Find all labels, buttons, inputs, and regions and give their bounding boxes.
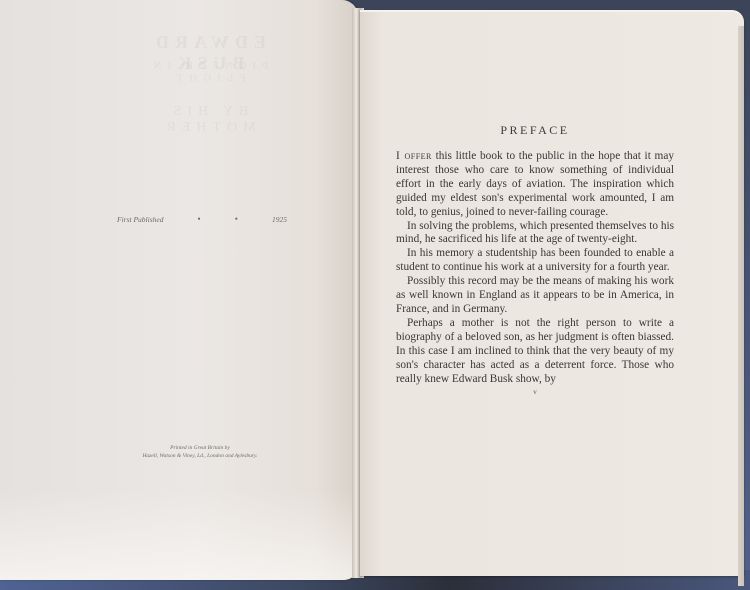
printer-colophon: Printed in Great Britain by Hazell, Wats…	[90, 444, 310, 460]
first-published-line: First Published • • 1925	[117, 214, 287, 224]
first-published-year: 1925	[272, 215, 287, 224]
printer-line: Hazell, Watson & Viney, Ld., London and …	[90, 452, 310, 460]
preface-paragraph: In his memory a studentship has been fou…	[396, 247, 674, 275]
preface-paragraph: Possibly this record may be the means of…	[396, 275, 674, 317]
separator-dot: •	[198, 214, 201, 224]
book-spread-photo: EDWARD BUSK PIONEER IN FLIGHT BY HIS MOT…	[0, 0, 750, 590]
first-published-label: First Published	[117, 215, 163, 224]
separator-dot: •	[235, 214, 238, 224]
preface-paragraph: In solving the problems, which presented…	[396, 220, 674, 248]
left-page-verso: EDWARD BUSK PIONEER IN FLIGHT BY HIS MOT…	[0, 0, 358, 580]
signature-mark: v	[396, 388, 674, 396]
paragraph-text: this little book to the public in the ho…	[396, 150, 674, 218]
preface-text-block: PREFACE I offer this little book to the …	[396, 123, 674, 396]
preface-heading: PREFACE	[396, 123, 674, 138]
show-through-author: BY HIS MOTHER	[118, 104, 298, 136]
show-through-subtitle: PIONEER IN FLIGHT	[118, 60, 298, 84]
preface-paragraph: Perhaps a mother is not the right person…	[396, 317, 674, 387]
page-stack-edge	[738, 26, 744, 586]
preface-paragraph: I offer this little book to the public i…	[396, 150, 674, 220]
opening-small-caps: I offer	[396, 150, 432, 162]
printer-line: Printed in Great Britain by	[90, 444, 310, 452]
